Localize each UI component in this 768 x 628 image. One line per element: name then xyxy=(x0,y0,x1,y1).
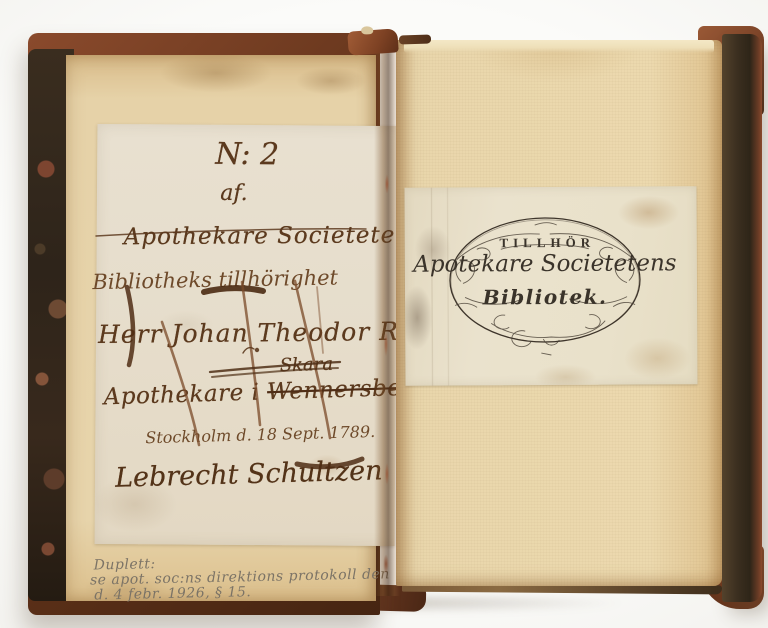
inscription-of: af. xyxy=(97,180,397,207)
inserted-city: Skara xyxy=(280,354,334,376)
right-board-edge xyxy=(722,34,762,602)
spine-head-leather xyxy=(347,28,399,55)
bookplate-bibliotek: Bibliotek. xyxy=(405,284,685,309)
handwritten-ownership-label: N: 2 af. Apothekare Societetens Biblioth… xyxy=(95,124,398,546)
inscription-signature: Lebrecht Schultzen xyxy=(115,455,383,493)
spine-head-fragment xyxy=(399,34,431,44)
left-inside-cover: N: 2 af. Apothekare Societetens Biblioth… xyxy=(28,33,380,615)
inscription-dateline: Stockholm d. 18 Sept. 1789. xyxy=(145,422,375,447)
page-top-curl xyxy=(404,40,714,53)
bookplate-label: TILLHÖR Apotekare Societetens Bibliotek. xyxy=(404,186,697,386)
bookplate-society: Apotekare Societetens xyxy=(405,250,685,277)
bookplate-tillhor: TILLHÖR xyxy=(405,234,685,251)
right-endpaper-page: TILLHÖR Apotekare Societetens Bibliotek. xyxy=(396,40,722,586)
inscription-number: N: 2 xyxy=(97,136,397,173)
title-prefix: Apothekare i xyxy=(103,379,267,410)
photo-open-antique-book: N: 2 af. Apothekare Societetens Biblioth… xyxy=(0,0,768,628)
inscription-ownership: Bibliotheks tillhörighet xyxy=(92,265,338,294)
left-pastedown-paper: N: 2 af. Apothekare Societetens Biblioth… xyxy=(66,55,376,601)
